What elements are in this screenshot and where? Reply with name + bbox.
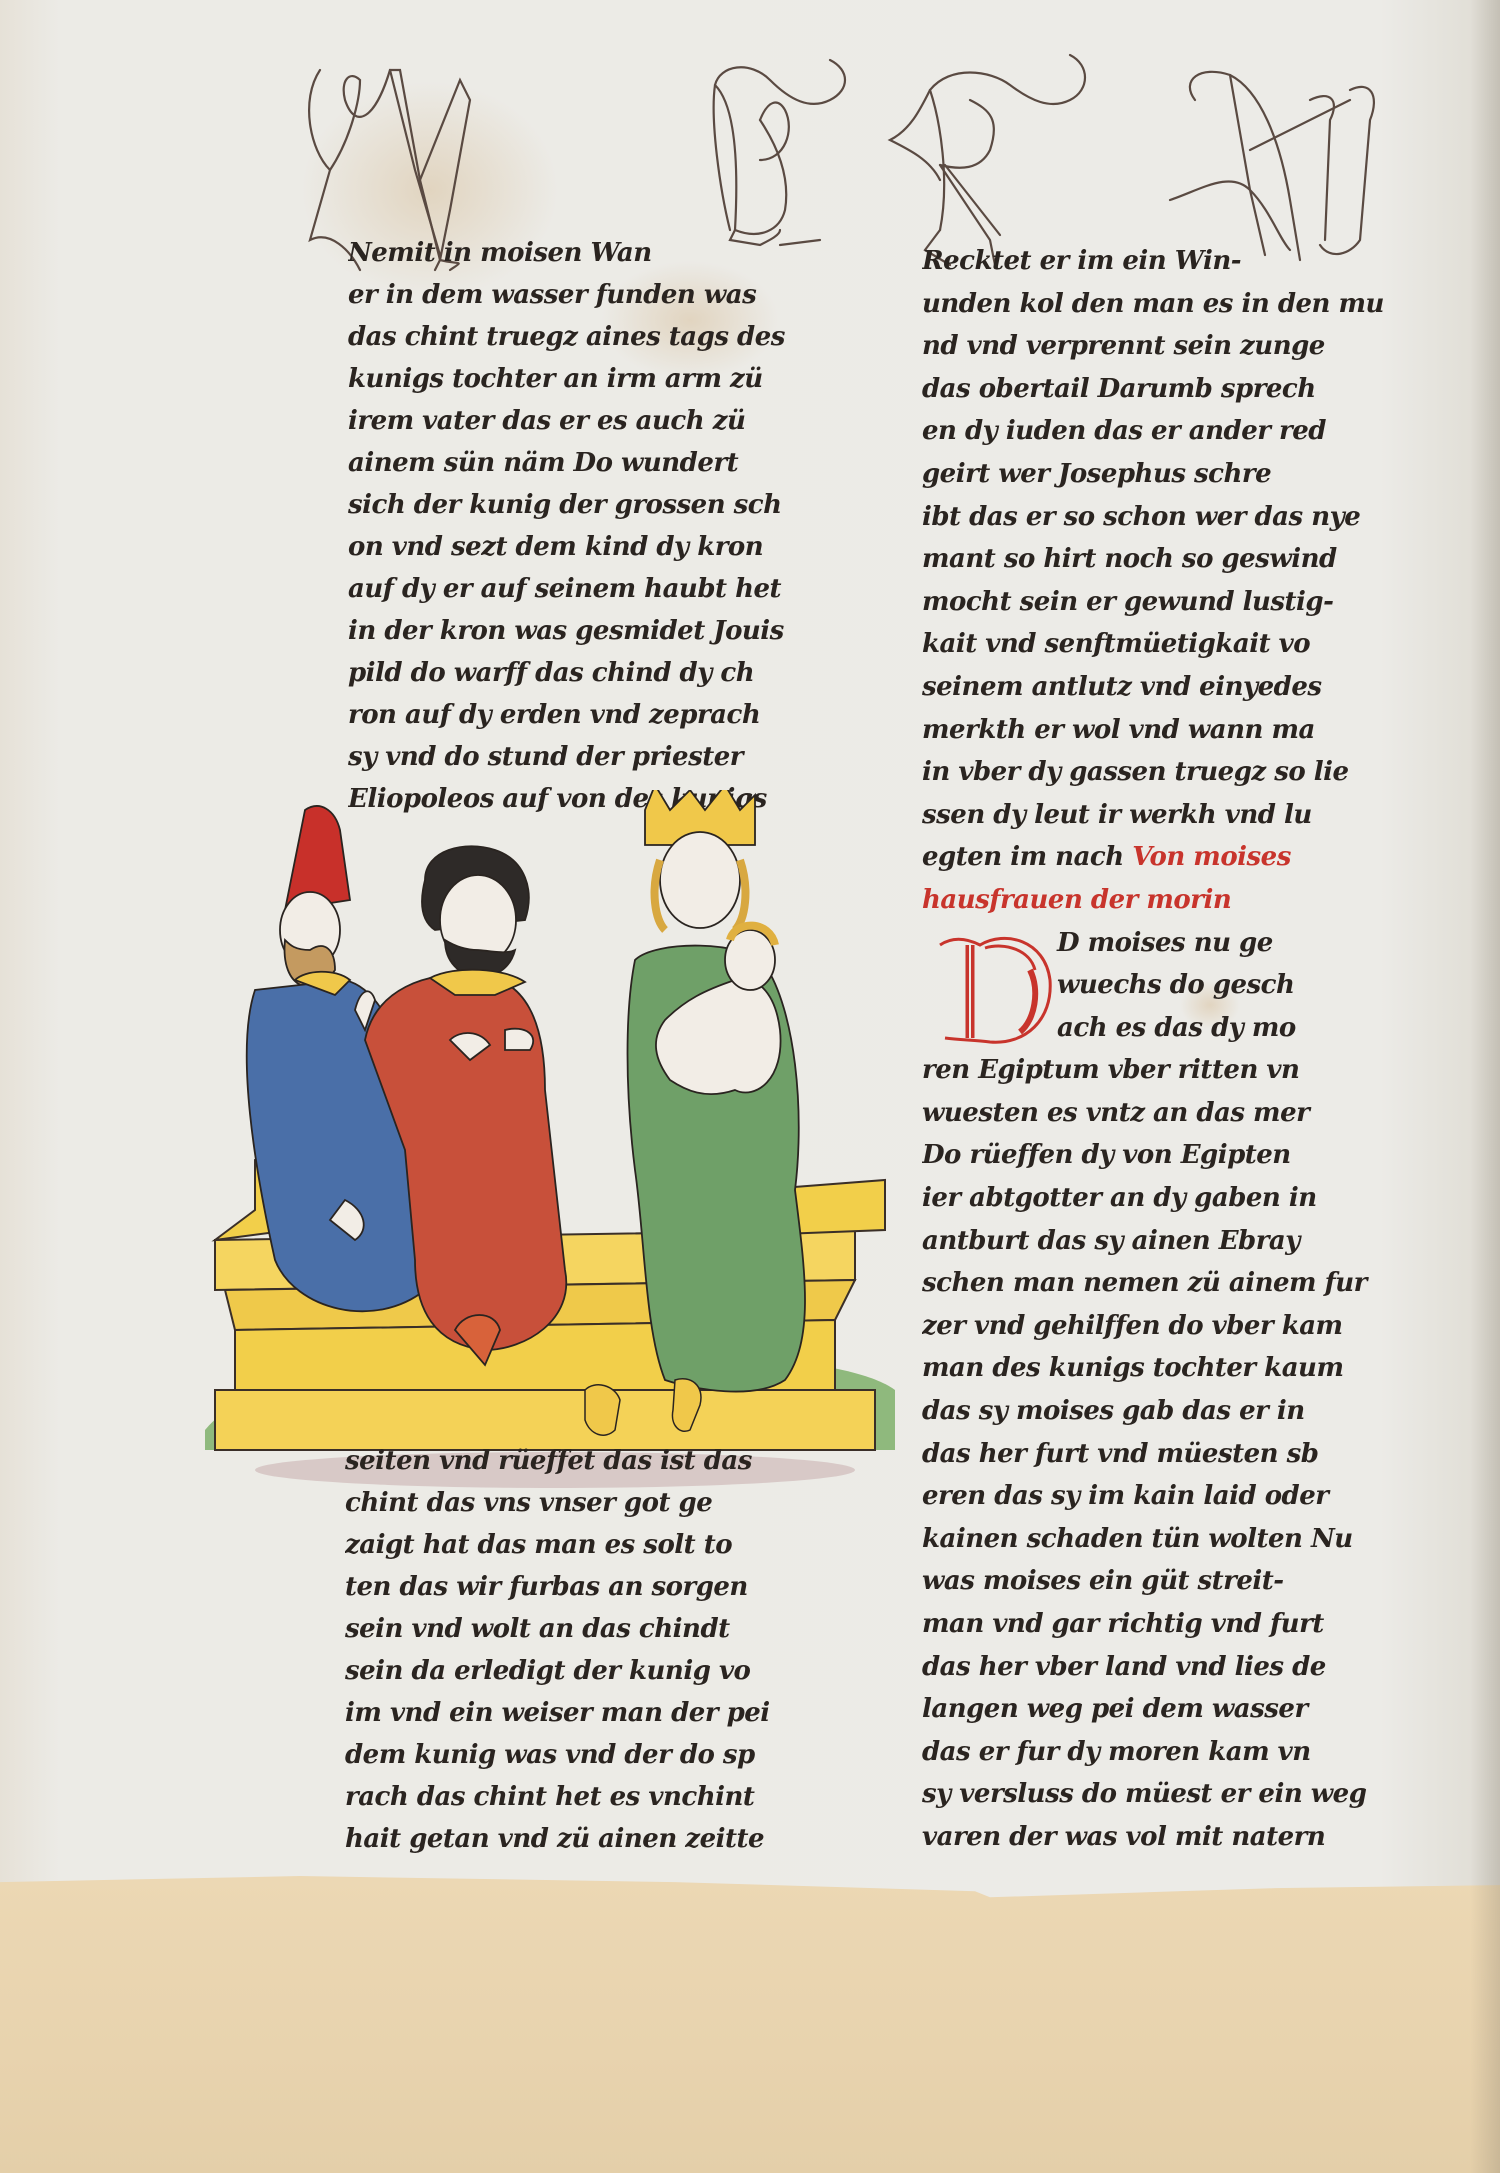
text-line: auf dy er auf seinem haubt het bbox=[348, 568, 858, 610]
left-column-text-top: Nemit in moisen Wan er in dem wasser fun… bbox=[348, 232, 858, 820]
text-line: ibt das er so schon wer das nye bbox=[922, 496, 1432, 539]
text-line: kainen schaden tün wolten Nu bbox=[922, 1518, 1432, 1561]
left-column-text-bottom: seiten vnd rüeffet das ist das chint das… bbox=[345, 1440, 855, 1860]
text-line: mant so hirt noch so geswind bbox=[922, 538, 1432, 581]
text-line: sein vnd wolt an das chindt bbox=[345, 1608, 855, 1650]
text-line: in vber dy gassen truegz so lie bbox=[922, 751, 1432, 794]
text-line: dem kunig was vnd der do sp bbox=[345, 1734, 855, 1776]
text-line: kunigs tochter an irm arm zü bbox=[348, 358, 858, 400]
text-line: Recktet er im ein Win- bbox=[922, 240, 1432, 283]
text-line: chint das vns vnser got ge bbox=[345, 1482, 855, 1524]
text-line: das obertail Darumb sprech bbox=[922, 368, 1432, 411]
text-line: das er fur dy moren kam vn bbox=[922, 1731, 1432, 1774]
text-line: sich der kunig der grossen sch bbox=[348, 484, 858, 526]
rubric-chapter-title-cont: hausfrauen der morin bbox=[922, 879, 1432, 922]
text-line: antburt das sy ainen Ebray bbox=[922, 1220, 1432, 1263]
text-line: mocht sein er gewund lustig- bbox=[922, 581, 1432, 624]
text-line: langen weg pei dem wasser bbox=[922, 1688, 1432, 1731]
cadel-initial-w-icon bbox=[1170, 72, 1374, 260]
red-initial-d-icon bbox=[935, 920, 1055, 1050]
text-line: im vnd ein weiser man der pei bbox=[345, 1692, 855, 1734]
text-line: sy vnd do stund der priester bbox=[348, 736, 858, 778]
text-line: pild do warff das chind dy ch bbox=[348, 652, 858, 694]
text-fragment: egten im nach bbox=[922, 842, 1124, 872]
rubric-chapter-title: Von moises bbox=[1132, 842, 1291, 872]
text-line: das her furt vnd müesten sb bbox=[922, 1433, 1432, 1476]
text-line: geirt wer Josephus schre bbox=[922, 453, 1432, 496]
text-line: das chint truegz aines tags des bbox=[348, 316, 858, 358]
text-line: zer vnd gehilffen do vber kam bbox=[922, 1305, 1432, 1348]
text-line: Nemit in moisen Wan bbox=[348, 232, 858, 274]
text-line: hait getan vnd zü ainen zeitte bbox=[345, 1818, 855, 1860]
text-line: kait vnd senftmüetigkait vo bbox=[922, 623, 1432, 666]
text-line: seinem antlutz vnd einyedes bbox=[922, 666, 1432, 709]
text-line: Do rüeffen dy von Egipten bbox=[922, 1134, 1432, 1177]
text-line: irem vater das er es auch zü bbox=[348, 400, 858, 442]
text-line: unden kol den man es in den mu bbox=[922, 283, 1432, 326]
text-line: ssen dy leut ir werkh vnd lu bbox=[922, 794, 1432, 837]
text-line: eren das sy im kain laid oder bbox=[922, 1475, 1432, 1518]
text-line: ainem sün näm Do wundert bbox=[348, 442, 858, 484]
text-line: zaigt hat das man es solt to bbox=[345, 1524, 855, 1566]
princess-figure-icon bbox=[628, 790, 806, 1392]
text-line: ren Egiptum vber ritten vn bbox=[922, 1049, 1432, 1092]
blank-parchment-margin bbox=[0, 1870, 1500, 2173]
text-line: man des kunigs tochter kaum bbox=[922, 1347, 1432, 1390]
text-line: schen man nemen zü ainem fur bbox=[922, 1262, 1432, 1305]
text-line: er in dem wasser funden was bbox=[348, 274, 858, 316]
text-line: merkth er wol vnd wann ma bbox=[922, 709, 1432, 752]
cadel-initial-b-icon bbox=[714, 60, 845, 245]
text-line: seiten vnd rüeffet das ist das bbox=[345, 1440, 855, 1482]
text-line: ier abtgotter an dy gaben in bbox=[922, 1177, 1432, 1220]
text-line: rach das chint het es vnchint bbox=[345, 1776, 855, 1818]
text-line: nd vnd verprennt sein zunge bbox=[922, 325, 1432, 368]
text-line: sy versluss do müest er ein weg bbox=[922, 1773, 1432, 1816]
text-line-with-rubric: egten im nach Von moises bbox=[922, 836, 1432, 879]
text-line: en dy iuden das er ander red bbox=[922, 410, 1432, 453]
text-line: ron auf dy erden vnd zeprach bbox=[348, 694, 858, 736]
text-line: man vnd gar richtig vnd furt bbox=[922, 1603, 1432, 1646]
text-line: on vnd sezt dem kind dy kron bbox=[348, 526, 858, 568]
text-line: was moises ein güt streit- bbox=[922, 1560, 1432, 1603]
cadel-initial-r-icon bbox=[890, 55, 1085, 265]
text-line: in der kron was gesmidet Jouis bbox=[348, 610, 858, 652]
text-line: das sy moises gab das er in bbox=[922, 1390, 1432, 1433]
text-line: varen der was vol mit natern bbox=[922, 1816, 1432, 1859]
text-line: ten das wir furbas an sorgen bbox=[345, 1566, 855, 1608]
text-line: wuesten es vntz an das mer bbox=[922, 1092, 1432, 1135]
manuscript-page: Nemit in moisen Wan er in dem wasser fun… bbox=[0, 0, 1500, 2173]
text-line: sein da erledigt der kunig vo bbox=[345, 1650, 855, 1692]
text-line: das her vber land vnd lies de bbox=[922, 1646, 1432, 1689]
miniature-illustration bbox=[195, 790, 915, 1490]
